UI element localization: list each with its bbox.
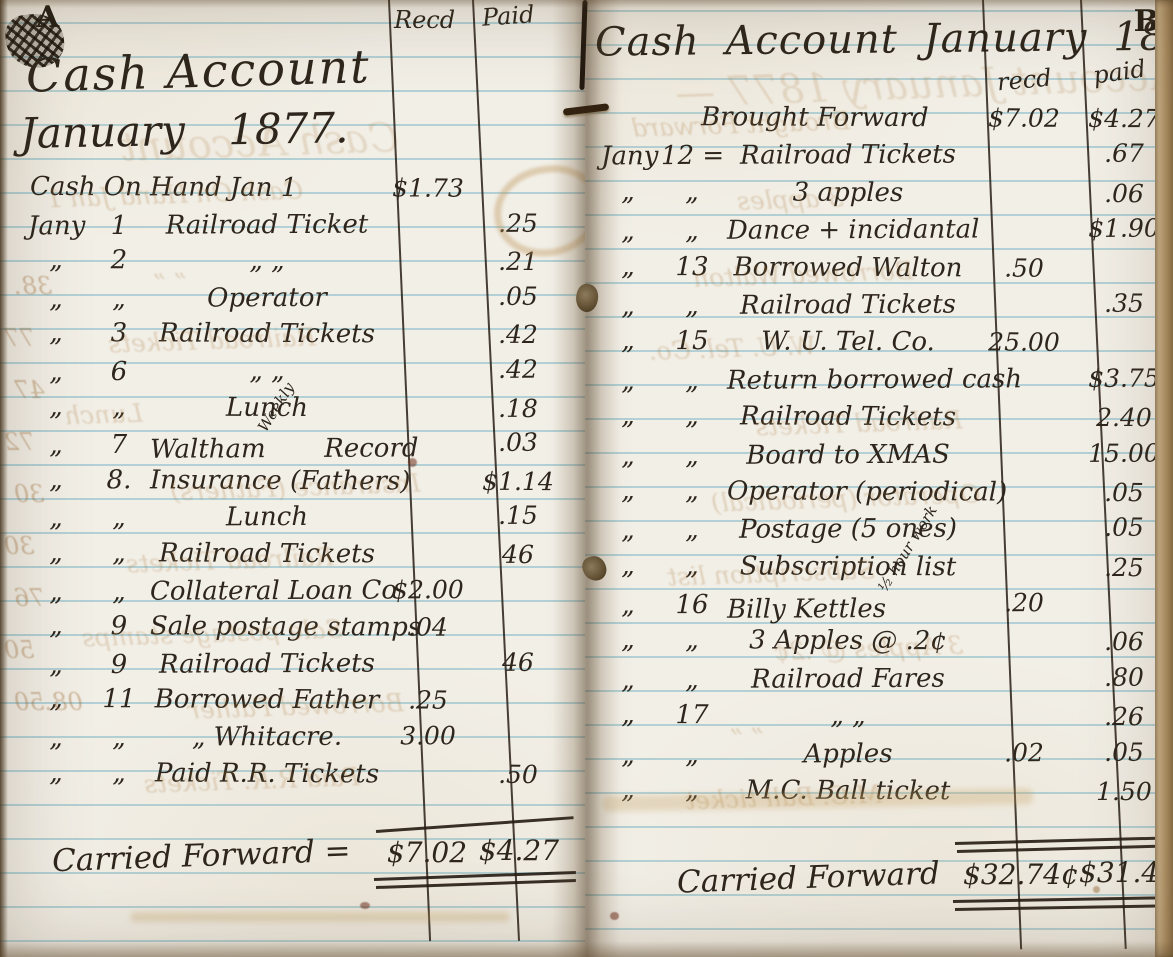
- row-day: „: [661, 290, 723, 322]
- left-page-title: Cash Account: [25, 39, 371, 103]
- row-day: „: [92, 722, 146, 754]
- row-description: Cash On Hand Jan 1: [30, 171, 380, 205]
- row-description: 3 Apples @ .2¢: [727, 625, 969, 658]
- ledger-row: „ „ Operator .05: [0, 278, 585, 318]
- row-day: „: [661, 475, 723, 507]
- row-month: „: [601, 475, 655, 507]
- row-received-amount: 25.00: [971, 327, 1077, 359]
- row-description: Railroad Tickets: [727, 139, 969, 172]
- row-description: 3 apples: [727, 176, 969, 209]
- row-day: 9: [92, 648, 146, 680]
- row-description: Collateral Loan Co: [150, 574, 384, 607]
- row-description: „ Whitacre.: [150, 720, 384, 753]
- row-day: „: [92, 502, 146, 534]
- row-description: Railroad Tickets: [150, 537, 384, 570]
- row-day: „: [92, 757, 146, 789]
- row-description: Subscription list: [727, 550, 969, 583]
- row-month: „: [601, 215, 655, 247]
- row-received-amount: [971, 213, 1077, 214]
- total-rule: [376, 879, 576, 889]
- row-month: „: [28, 649, 84, 681]
- ledger-row: „ „ Railroad Fares .80: [585, 659, 1173, 699]
- stain-streak: [130, 912, 510, 922]
- row-day: 15: [661, 325, 723, 357]
- row-received-amount: [971, 512, 1077, 513]
- row-description: Railroad Tickets: [150, 647, 384, 680]
- total-rule: [955, 836, 1171, 845]
- right-page-title: Cash Account January 1877 —: [595, 12, 1173, 65]
- ledger-row: „ „ 3 apples .06: [585, 173, 1173, 213]
- row-month: „: [28, 722, 84, 754]
- left-recd-column-header: Recd: [394, 6, 455, 34]
- ledger-row: „ „ Collateral Loan Co $2.00: [0, 571, 585, 611]
- row-received-amount: $7.02: [971, 102, 1077, 134]
- ledger-row: „ „ Dance + incidantal $1.90: [585, 211, 1173, 251]
- row-description: Dance + incidantal: [727, 214, 969, 247]
- row-day: 3: [92, 318, 146, 350]
- row-description: „ „: [150, 245, 384, 278]
- row-month: „: [601, 514, 655, 546]
- bleedthrough-number: 38.: [14, 272, 52, 300]
- row-month: „: [601, 440, 655, 472]
- row-month: „: [28, 429, 84, 461]
- ledger-row: „ 9 Sale postage stamps .04: [0, 608, 585, 647]
- row-description: Sale postage stamps: [150, 611, 384, 644]
- row-description: Railroad Ticket: [150, 208, 384, 241]
- row-received-amount: .04: [386, 612, 470, 644]
- row-paid-amount: .05: [472, 280, 564, 312]
- row-month: „: [601, 589, 655, 621]
- row-day: „: [661, 625, 723, 657]
- ledger-scan: A Recd Paid Cash Account Cash Account Ja…: [0, 0, 1173, 957]
- ledger-row: „ „ Railroad Tickets 46: [0, 535, 585, 574]
- page-edge-bottom: [0, 941, 1173, 957]
- row-month: „: [601, 176, 655, 208]
- ledger-row: „ „ Operator (periodical) .05: [585, 473, 1173, 513]
- ledger-page-right: B Cash Account January 1877 — Cash Accou…: [585, 0, 1173, 957]
- row-day: 13: [661, 251, 723, 283]
- ledger-row: „ „ Apples .02 .05: [585, 734, 1173, 774]
- row-description: Railroad Tickets: [727, 288, 969, 321]
- row-received-amount: [971, 437, 1077, 438]
- row-month: „: [28, 317, 84, 349]
- row-paid-amount: .50: [472, 758, 564, 790]
- carried-forward-recd: $32.74¢: [963, 858, 1077, 891]
- row-paid-amount: 46: [472, 539, 564, 571]
- row-received-amount: .25: [386, 685, 470, 717]
- row-month: „: [601, 699, 655, 731]
- ledger-page-left: A Recd Paid Cash Account Cash Account Ja…: [0, 0, 585, 957]
- row-day: „: [661, 550, 723, 582]
- row-description: „ „: [150, 354, 384, 387]
- carried-forward-recd: $7.02: [384, 836, 470, 869]
- row-paid-amount: .42: [472, 319, 564, 351]
- row-month: „: [601, 325, 655, 357]
- row-description: Paid R.R. Tickets: [150, 757, 384, 790]
- row-month: Jany: [601, 141, 655, 173]
- row-day: „: [661, 176, 723, 208]
- row-description: Borrowed Father: [150, 684, 384, 717]
- ledger-row: „ „ Paid R.R. Tickets .50: [0, 754, 585, 793]
- row-day: 11: [92, 683, 146, 715]
- row-paid-amount: .18: [472, 392, 564, 424]
- row-description: Apples: [727, 737, 969, 770]
- row-month: „: [601, 624, 655, 656]
- row-description: Railroad Tickets: [727, 400, 969, 433]
- row-description: „ „: [727, 700, 969, 733]
- ledger-row: „ „ Railroad Tickets 2.40: [585, 398, 1173, 438]
- row-day: „: [92, 283, 146, 315]
- row-day: „: [661, 400, 723, 432]
- row-paid-amount: .42: [472, 354, 564, 386]
- row-received-amount: [971, 662, 1077, 663]
- row-day: „: [661, 514, 723, 546]
- row-description: WalthamWeekly Record: [150, 428, 384, 466]
- ledger-row: „ 3 Railroad Tickets .42: [0, 315, 585, 354]
- row-month: „: [601, 664, 655, 696]
- ledger-row: Jany 12 = Railroad Tickets .67: [585, 136, 1173, 176]
- row-description: Borrowed Walton: [727, 251, 969, 284]
- row-day: 12 =: [661, 140, 723, 172]
- row-description: Return borrowed cash: [727, 363, 969, 396]
- row-paid-amount: 46: [472, 646, 564, 678]
- row-description: Railroad Tickets: [150, 318, 384, 351]
- carried-forward-paid: $4.27: [472, 834, 566, 867]
- bleedthrough-number: 08.50: [14, 688, 83, 716]
- row-day: „: [661, 738, 723, 770]
- ledger-row: „ „ Return borrowed cash $3.75: [585, 360, 1173, 400]
- row-month: „: [601, 250, 655, 282]
- row-day: 7: [92, 429, 146, 461]
- ink-speck: [360, 902, 370, 909]
- page-edge-left: [0, 0, 8, 957]
- bleedthrough-number: 47: [14, 376, 45, 404]
- ledger-row: „ 13 Borrowed Walton .50: [585, 248, 1173, 288]
- ink-speck: [610, 912, 619, 920]
- bleedthrough-number: 30: [14, 480, 45, 508]
- row-description: Operator (periodical): [727, 475, 969, 508]
- row-received-amount: $1.73: [386, 172, 470, 204]
- right-carried-forward: Carried Forward $32.74¢ $31.42¢: [585, 848, 1173, 918]
- row-description: Railroad Fares: [727, 662, 969, 695]
- row-day: „: [661, 439, 723, 471]
- row-description: Operator: [150, 281, 384, 314]
- left-page-subtitle: January 1877.: [20, 103, 349, 158]
- left-ledger-rows: Cash On Hand Jan 1 $1.73 Jany 1 Railroad…: [0, 170, 585, 792]
- ledger-row: „ 17 „ „ .26: [585, 697, 1173, 737]
- ink-speck: [408, 458, 417, 467]
- ledger-row: „ „ 3 Apples @ .2¢ .06: [585, 622, 1173, 662]
- foxing-spot: [1093, 886, 1100, 893]
- ledger-row: „ 2 „ „ .21: [0, 242, 585, 281]
- row-description: W. U. Tel. Co.: [727, 326, 969, 359]
- row-day: 1: [92, 209, 146, 241]
- ledger-row: „ 8. Insurance (Fathers) $1.14: [0, 461, 585, 500]
- ledger-row: „ „ Board to XMAS 15.00: [585, 435, 1173, 475]
- row-day: 2: [92, 244, 146, 276]
- row-day: „: [92, 391, 146, 423]
- row-received-amount: $2.00: [386, 574, 470, 606]
- total-rule: [955, 904, 1171, 911]
- row-day: 9: [92, 610, 146, 642]
- row-received-amount: .50: [971, 252, 1077, 284]
- bleedthrough-number: 76: [14, 584, 45, 612]
- total-rule: [376, 816, 574, 833]
- row-description: Lunch: [150, 501, 384, 534]
- row-description: Insurance (Fathers): [150, 464, 384, 497]
- row-description: Billy Kettles½ hour work: [727, 588, 969, 626]
- row-day: 6: [92, 356, 146, 388]
- row-month: „: [28, 537, 84, 569]
- row-month: „: [601, 400, 655, 432]
- bleedthrough-number: 72: [4, 428, 35, 456]
- row-month: „: [601, 365, 655, 397]
- row-received-amount: .02: [971, 737, 1077, 770]
- row-month: Jany: [28, 210, 84, 242]
- ledger-row: „ 16 Billy Kettles½ hour work .20: [585, 585, 1173, 625]
- row-month: „: [28, 610, 84, 642]
- ledger-row: „ 15 W. U. Tel. Co. 25.00: [585, 323, 1173, 363]
- right-recd-column-header: recd: [996, 64, 1053, 97]
- page-edge-top: [0, 0, 1173, 8]
- ledger-row: „ 9 Railroad Tickets 46: [0, 644, 585, 684]
- row-day: 16: [661, 589, 723, 621]
- bleedthrough-number: 30: [4, 532, 35, 560]
- bleedthrough-number: 77: [4, 324, 35, 352]
- row-received-amount: [971, 363, 1077, 364]
- page-edge-right: [1155, 0, 1173, 957]
- row-description: Board to XMAS: [727, 438, 969, 471]
- row-month: „: [28, 756, 84, 788]
- row-paid-amount: .03: [472, 427, 564, 459]
- row-paid-amount: $1.14: [472, 466, 564, 498]
- bleedthrough-number: 50: [4, 636, 35, 664]
- row-day: 17: [661, 699, 723, 731]
- row-day: „: [661, 664, 723, 696]
- row-month: „: [601, 739, 655, 771]
- ledger-row: „ 11 Borrowed Father .25: [0, 681, 585, 720]
- left-carried-forward: Carried Forward = $7.02 $4.27: [0, 826, 585, 896]
- row-received-amount: 3.00: [386, 720, 470, 752]
- ledger-row: „ 7 WalthamWeekly Record .03: [0, 425, 585, 465]
- row-received-amount: .20: [971, 587, 1077, 620]
- ledger-row: „ „ „ Whitacre. 3.00: [0, 717, 585, 757]
- row-day: „: [661, 365, 723, 397]
- row-day: 8.: [92, 464, 146, 496]
- total-rule: [953, 896, 1171, 903]
- right-paid-column-header: paid: [1091, 54, 1147, 89]
- row-day: „: [661, 215, 723, 247]
- row-paid-amount: .15: [472, 500, 564, 532]
- ledger-row: „ „ Lunch .15: [0, 498, 585, 538]
- ledger-row: „ „ Railroad Tickets .35: [585, 285, 1173, 325]
- carried-forward-label: Carried Forward: [676, 855, 940, 900]
- row-received-amount: [971, 138, 1077, 139]
- ledger-row: „ „ Postage (5 ones) .05: [585, 510, 1173, 550]
- ledger-row: Brought Forward $7.02 $4.27: [585, 99, 1173, 139]
- total-rule: [957, 844, 1171, 853]
- carried-forward-label: Carried Forward =: [51, 833, 351, 879]
- row-month: „: [601, 549, 655, 581]
- row-month: „: [601, 290, 655, 322]
- row-day: „: [92, 537, 146, 569]
- row-day: „: [92, 575, 146, 607]
- row-received-amount: [971, 288, 1077, 289]
- right-ledger-rows: Brought Forward $7.02 $4.27 Jany 12 = Ra…: [585, 100, 1173, 810]
